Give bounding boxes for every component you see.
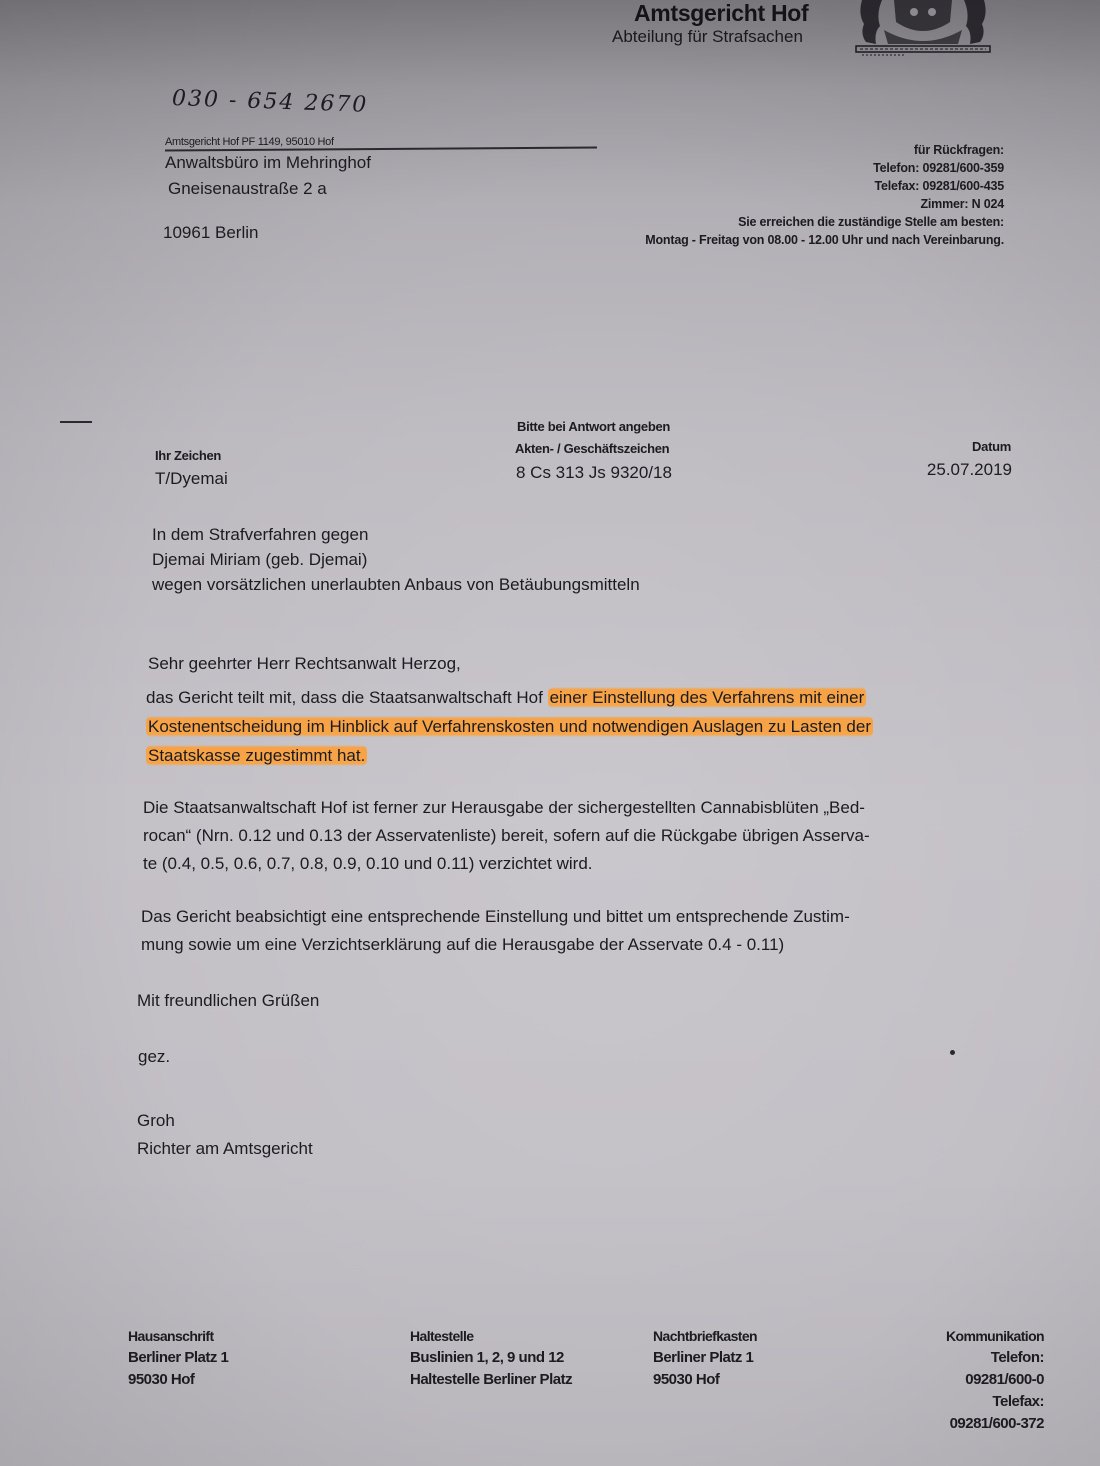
- paragraph-evidence-release: Die Staatsanwaltschaft Hof ist ferner zu…: [143, 794, 870, 878]
- footer-line: 95030 Hof: [128, 1369, 228, 1391]
- highlighted-text: einer Einstellung des Verfahrens mit ein…: [548, 687, 867, 708]
- subject-defendant: Djemai Miriam (geb. Djemai): [152, 547, 640, 572]
- contact-reach-note: Sie erreichen die zuständige Stelle am b…: [645, 213, 1004, 231]
- signed-marker: gez.: [138, 1047, 170, 1067]
- footer-address: Hausanschrift Berliner Platz 1 95030 Hof: [128, 1325, 228, 1391]
- your-reference-label: Ihr Zeichen: [155, 448, 221, 463]
- footer-heading: Hausanschrift: [128, 1325, 228, 1347]
- recipient-city: 10961 Berlin: [163, 223, 258, 243]
- contact-fax: Telefax: 09281/600-435: [645, 177, 1004, 195]
- your-reference-value: T/Dyemai: [155, 469, 228, 489]
- subject-line: In dem Strafverfahren gegen: [152, 522, 640, 547]
- contact-hours: Montag - Freitag von 08.00 - 12.00 Uhr u…: [645, 231, 1004, 249]
- court-department: Abteilung für Strafsachen: [612, 27, 803, 47]
- footer-line: Haltestelle Berliner Platz: [410, 1369, 572, 1391]
- footer-line: Buslinien 1, 2, 9 und 12: [410, 1347, 572, 1369]
- footer-heading: Nachtbriefkasten: [653, 1325, 757, 1347]
- footer-heading: Haltestelle: [410, 1325, 572, 1347]
- date-label: Datum: [972, 439, 1011, 454]
- paragraph-line: mung sowie um eine Verzichtserklärung au…: [141, 931, 850, 959]
- contact-room: Zimmer: N 024: [645, 195, 1004, 213]
- signer-title: Richter am Amtsgericht: [137, 1135, 313, 1163]
- highlighted-text: Kostenentscheidung im Hinblick auf Verfa…: [146, 716, 873, 737]
- footer-phone: 09281/600-0: [946, 1369, 1044, 1391]
- footer-night-mailbox: Nachtbriefkasten Berliner Platz 1 95030 …: [653, 1325, 757, 1391]
- subject-charge: wegen vorsätzlichen unerlaubten Anbaus v…: [152, 572, 640, 597]
- court-name: Amtsgericht Hof: [634, 0, 808, 27]
- contact-heading: für Rückfragen:: [645, 141, 1004, 159]
- paragraph-line: Die Staatsanwaltschaft Hof ist ferner zu…: [143, 794, 870, 822]
- footer-phone-label: Telefon:: [946, 1347, 1044, 1369]
- file-reference-label: Akten- / Geschäftszeichen: [515, 441, 669, 456]
- recipient-street: Gneisenaustraße 2 a: [168, 179, 327, 199]
- contact-phone: Telefon: 09281/600-359: [645, 159, 1004, 177]
- signature-block: Groh Richter am Amtsgericht: [137, 1107, 313, 1163]
- return-address: Amtsgericht Hof PF 1149, 95010 Hof: [165, 136, 334, 148]
- paragraph-line: Das Gericht beabsichtigt eine entspreche…: [141, 903, 850, 931]
- handwritten-phone-note: 030 - 654 2670: [172, 86, 369, 118]
- footer-fax: 09281/600-372: [946, 1413, 1044, 1435]
- closing-greeting: Mit freundlichen Grüßen: [137, 991, 319, 1011]
- file-reference-value: 8 Cs 313 Js 9320/18: [516, 463, 672, 483]
- date-value: 25.07.2019: [927, 460, 1012, 480]
- bavarian-coat-of-arms-icon: [854, 0, 992, 58]
- signer-name: Groh: [137, 1107, 313, 1135]
- paragraph-line: rocan“ (Nrn. 0.12 und 0.13 der Asservate…: [143, 822, 870, 850]
- highlighted-text: Staatskasse zugestimmt hat.: [146, 745, 367, 766]
- contact-block: für Rückfragen: Telefon: 09281/600-359 T…: [645, 141, 1004, 249]
- footer-bus-stop: Haltestelle Buslinien 1, 2, 9 und 12 Hal…: [410, 1325, 572, 1391]
- reply-note: Bitte bei Antwort angeben: [517, 419, 670, 434]
- fold-mark: [60, 421, 92, 423]
- footer-line: 95030 Hof: [653, 1369, 757, 1391]
- footer-communication: Kommunikation Telefon: 09281/600-0 Telef…: [946, 1325, 1044, 1435]
- salutation: Sehr geehrter Herr Rechtsanwalt Herzog,: [148, 654, 461, 674]
- paragraph-line: te (0.4, 0.5, 0.6, 0.7, 0.8, 0.9, 0.10 u…: [143, 850, 870, 878]
- footer-line: Berliner Platz 1: [128, 1347, 228, 1369]
- paragraph-text: das Gericht teilt mit, dass die Staatsan…: [146, 688, 548, 707]
- footer-line: Berliner Platz 1: [653, 1347, 757, 1369]
- footer-heading: Kommunikation: [946, 1325, 1044, 1347]
- paragraph-request: Das Gericht beabsichtigt eine entspreche…: [141, 903, 850, 959]
- footer-fax-label: Telefax:: [946, 1391, 1044, 1413]
- case-subject: In dem Strafverfahren gegen Djemai Miria…: [152, 522, 640, 597]
- paragraph-consent: das Gericht teilt mit, dass die Staatsan…: [146, 683, 873, 770]
- recipient-name: Anwaltsbüro im Mehringhof: [165, 153, 371, 173]
- ink-speck: [950, 1050, 955, 1055]
